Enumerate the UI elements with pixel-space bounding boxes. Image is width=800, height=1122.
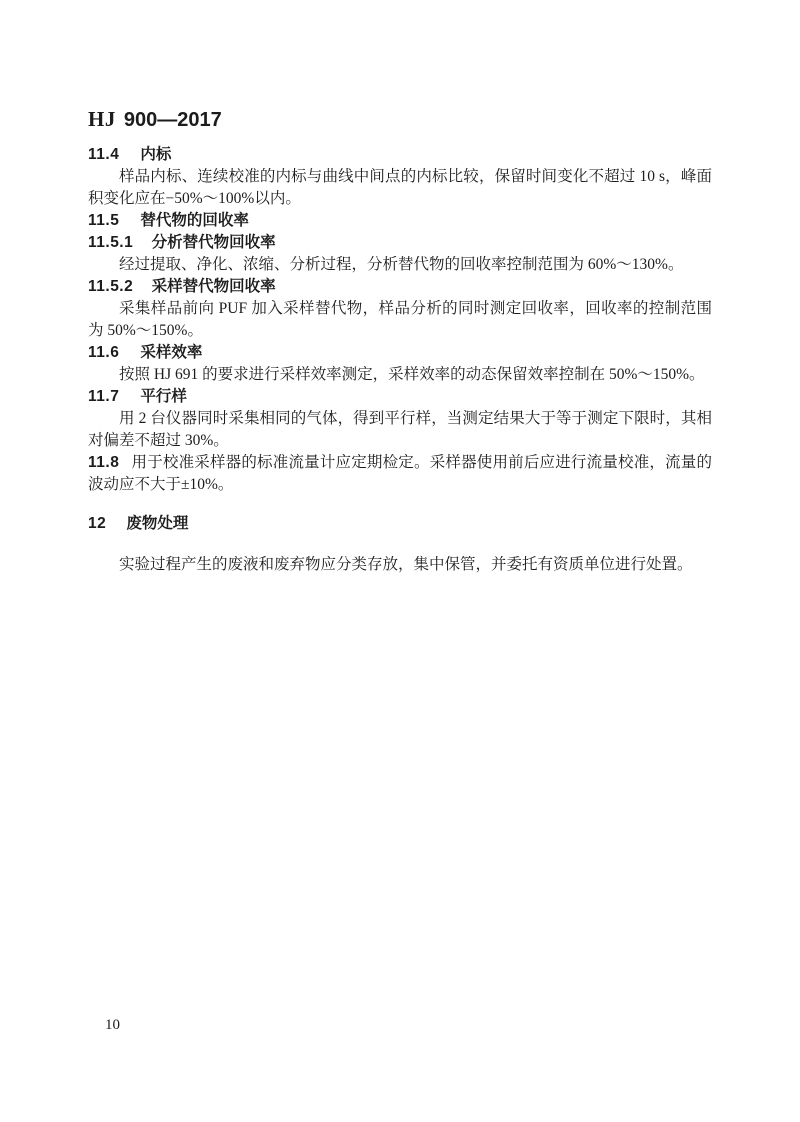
clause-title: 内标 [140, 146, 171, 163]
clause-text: 用于校准采样器的标准流量计应定期检定。采样器使用前后应进行流量校准，流量的波动应… [88, 454, 712, 493]
chapter-heading-12: 12 废物处理 [88, 513, 712, 535]
clause-heading-11-5: 11.5 替代物的回收率 [88, 210, 712, 232]
clause-11-8: 11.8用于校准采样器的标准流量计应定期检定。采样器使用前后应进行流量校准，流量… [88, 452, 712, 496]
chapter-title: 废物处理 [126, 515, 188, 532]
clause-number: 11.4 [88, 144, 122, 166]
clause-number: 11.8 [88, 454, 119, 471]
document-content: HJ 900—2017 11.4 内标 样品内标、连续校准的内标与曲线中间点的内… [88, 106, 712, 576]
document-page: HJ 900—2017 11.4 内标 样品内标、连续校准的内标与曲线中间点的内… [0, 0, 800, 1122]
clause-heading-11-5-2: 11.5.2 采样替代物回收率 [88, 276, 712, 298]
clause-paragraph-11-5-2: 采集样品前向 PUF 加入采样替代物，样品分析的同时测定回收率，回收率的控制范围… [88, 298, 712, 342]
clause-paragraph-11-5-1: 经过提取、净化、浓缩、分析过程，分析替代物的回收率控制范围为 60%～130%。 [88, 254, 712, 276]
clause-number: 11.5.1 [88, 232, 133, 254]
clause-heading-11-7: 11.7 平行样 [88, 386, 712, 408]
clause-paragraph-11-6: 按照 HJ 691 的要求进行采样效率测定，采样效率的动态保留效率控制在 50%… [88, 364, 712, 386]
page-number: 10 [105, 1015, 120, 1035]
running-header: HJ 900—2017 [88, 106, 712, 135]
clause-title: 采样效率 [140, 344, 202, 361]
clause-paragraph-11-4: 样品内标、连续校准的内标与曲线中间点的内标比较，保留时间变化不超过 10 s，峰… [88, 166, 712, 210]
clause-number: 11.6 [88, 342, 122, 364]
clause-number: 11.5 [88, 210, 122, 232]
clause-title: 平行样 [140, 388, 187, 405]
clause-heading-11-6: 11.6 采样效率 [88, 342, 712, 364]
standard-code-number: 900—2017 [124, 109, 222, 131]
clause-heading-11-4: 11.4 内标 [88, 144, 712, 166]
chapter-number: 12 [88, 513, 108, 535]
clause-number: 11.7 [88, 386, 122, 408]
standard-code-label: HJ [88, 107, 116, 131]
clause-heading-11-5-1: 11.5.1 分析替代物回收率 [88, 232, 712, 254]
clause-number: 11.5.2 [88, 276, 133, 298]
clause-title: 分析替代物回收率 [152, 234, 276, 251]
chapter-paragraph-12: 实验过程产生的废液和废弃物应分类存放，集中保管，并委托有资质单位进行处置。 [88, 554, 712, 576]
clause-title: 采样替代物回收率 [152, 278, 276, 295]
clause-paragraph-11-7: 用 2 台仪器同时采集相同的气体，得到平行样，当测定结果大于等于测定下限时，其相… [88, 408, 712, 452]
clause-title: 替代物的回收率 [140, 212, 249, 229]
